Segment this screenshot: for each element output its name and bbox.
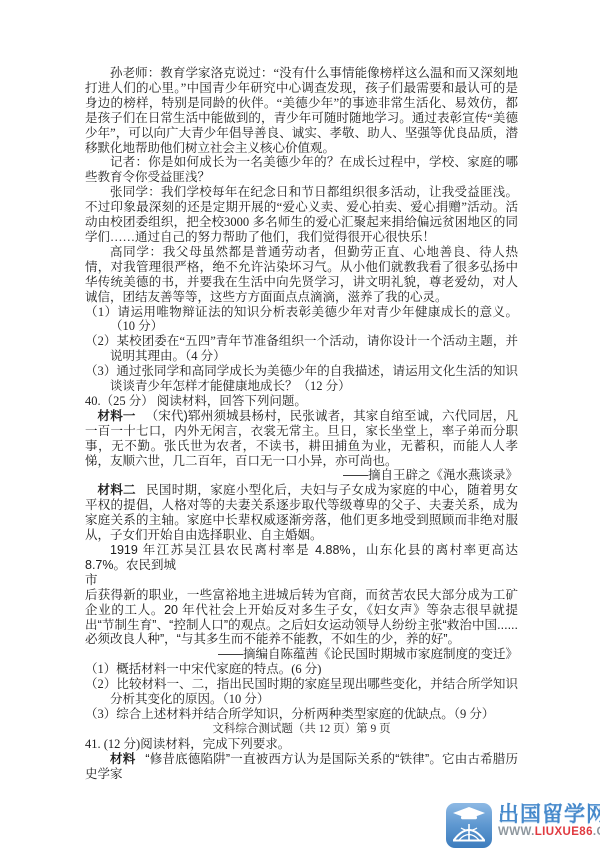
dialog-paragraph-zhang: 张同学：我们学校每年在纪念日和节日都组织很多活动，让我受益匪浅。不过印象最深刻的… [85, 185, 518, 245]
dialog-paragraph-sun: 孙老师：教育学家洛克说过：“没有什么事情能像榜样这么温和而又深刻地打进人们的心里… [85, 66, 518, 155]
question-41-intro: 41. (12 分)阅读材料，完成下列要求。 [85, 737, 518, 752]
exam-page: 孙老师：教育学家洛克说过：“没有什么事情能像榜样这么温和而又深刻地打进人们的心里… [0, 0, 600, 848]
dialog-paragraph-gao: 高同学：我父母虽然都是普通劳动者，但勤劳正直、心地善良、待人热情，对我管理很严格… [85, 245, 518, 305]
material-1-text: （宋代)郓州须城县杨村，民张诚者，其家自绾至诚，六代同居，凡一百一十七口，内外无… [85, 409, 518, 468]
politics-question-1: （1）请运用唯物辩证法的知识分析表彰美德少年对青少年健康成长的意义。（10 分） [85, 305, 518, 335]
material-2-source: ——摘编自陈蕴茜《论民国时期城市家庭制度的变迁》 [85, 647, 518, 662]
material-2-paragraph-2: 1919 年江苏吴江县农民离村率是 4.88%，山东化县的离村率更高达 8.7%… [85, 543, 518, 647]
site-watermark: 出国留学网 WWW.LIUXUE86.COM [446, 803, 600, 848]
watermark-text: 出国留学网 WWW.LIUXUE86.COM [498, 803, 600, 839]
dialog-paragraph-reporter: 记者：你是如何成长为一名美德少年的？在成长过程中，学校、家庭的哪些教育令你受益匪… [85, 155, 518, 185]
site-url-tld: .COM [593, 826, 600, 838]
site-url-domain: LIUXUE86 [535, 826, 593, 838]
politics-question-3: （3）通过张同学和高同学成长为美德少年的自我描述，请运用文化生活的知识谈谈青少年… [85, 364, 518, 394]
politics-question-2: （2）某校团委在“五四”青年节准备组织一个活动，请你设计一个活动主题，并说明其理… [85, 334, 518, 364]
history-question-2: （2）比较材料一、二，指出民国时期的家庭呈现出哪些变化，并结合所学知识分析其变化… [85, 677, 518, 707]
site-url-www: WWW. [498, 826, 535, 838]
material-2-label: 材料二 [98, 483, 137, 497]
site-url: WWW.LIUXUE86.COM [498, 826, 600, 839]
question-40-intro: 40.（25 分） 阅读材料，回答下列问题。 [85, 394, 518, 409]
material-1-label: 材料一 [98, 409, 136, 423]
question-41-material: 材料“修昔底德陷阱”一直被西方认为是国际关系的“铁律”。它由古希腊历史学家 [85, 752, 518, 782]
question-41-material-label: 材料 [110, 752, 135, 766]
site-name: 出国留学网 [498, 803, 600, 826]
history-question-3: （3）综合上述材料并结合所学知识，分析两种类型家庭的优缺点。（9 分） [85, 707, 518, 722]
graduation-cap-icon [446, 803, 492, 848]
material-1-source: ——摘自王辟之《渑水燕谈录》 [85, 468, 518, 483]
material-2-paragraph: 材料二民国时期，家庭小型化后，夫妇与子女成为家庭的中心，随着男女平权的提倡，人格… [85, 483, 518, 543]
material-1-paragraph: 材料一（宋代)郓州须城县杨村，民张诚者，其家自绾至诚，六代同居，凡一百一十七口，… [85, 409, 518, 469]
material-2-text: 民国时期，家庭小型化后，夫妇与子女成为家庭的中心，随着男女平权的提倡，人格对等的… [85, 483, 518, 542]
history-question-1: （1）概括材料一中宋代家庭的特点。(6 分) [85, 662, 518, 677]
page-number-footer: 文科综合测试题（共 12 页）第 9 页 [85, 722, 518, 737]
question-41-material-text: “修昔底德陷阱”一直被西方认为是国际关系的“铁律”。它由古希腊历史学家 [85, 752, 518, 781]
exam-text-block: 孙老师：教育学家洛克说过：“没有什么事情能像榜样这么温和而又深刻地打进人们的心里… [85, 66, 518, 782]
